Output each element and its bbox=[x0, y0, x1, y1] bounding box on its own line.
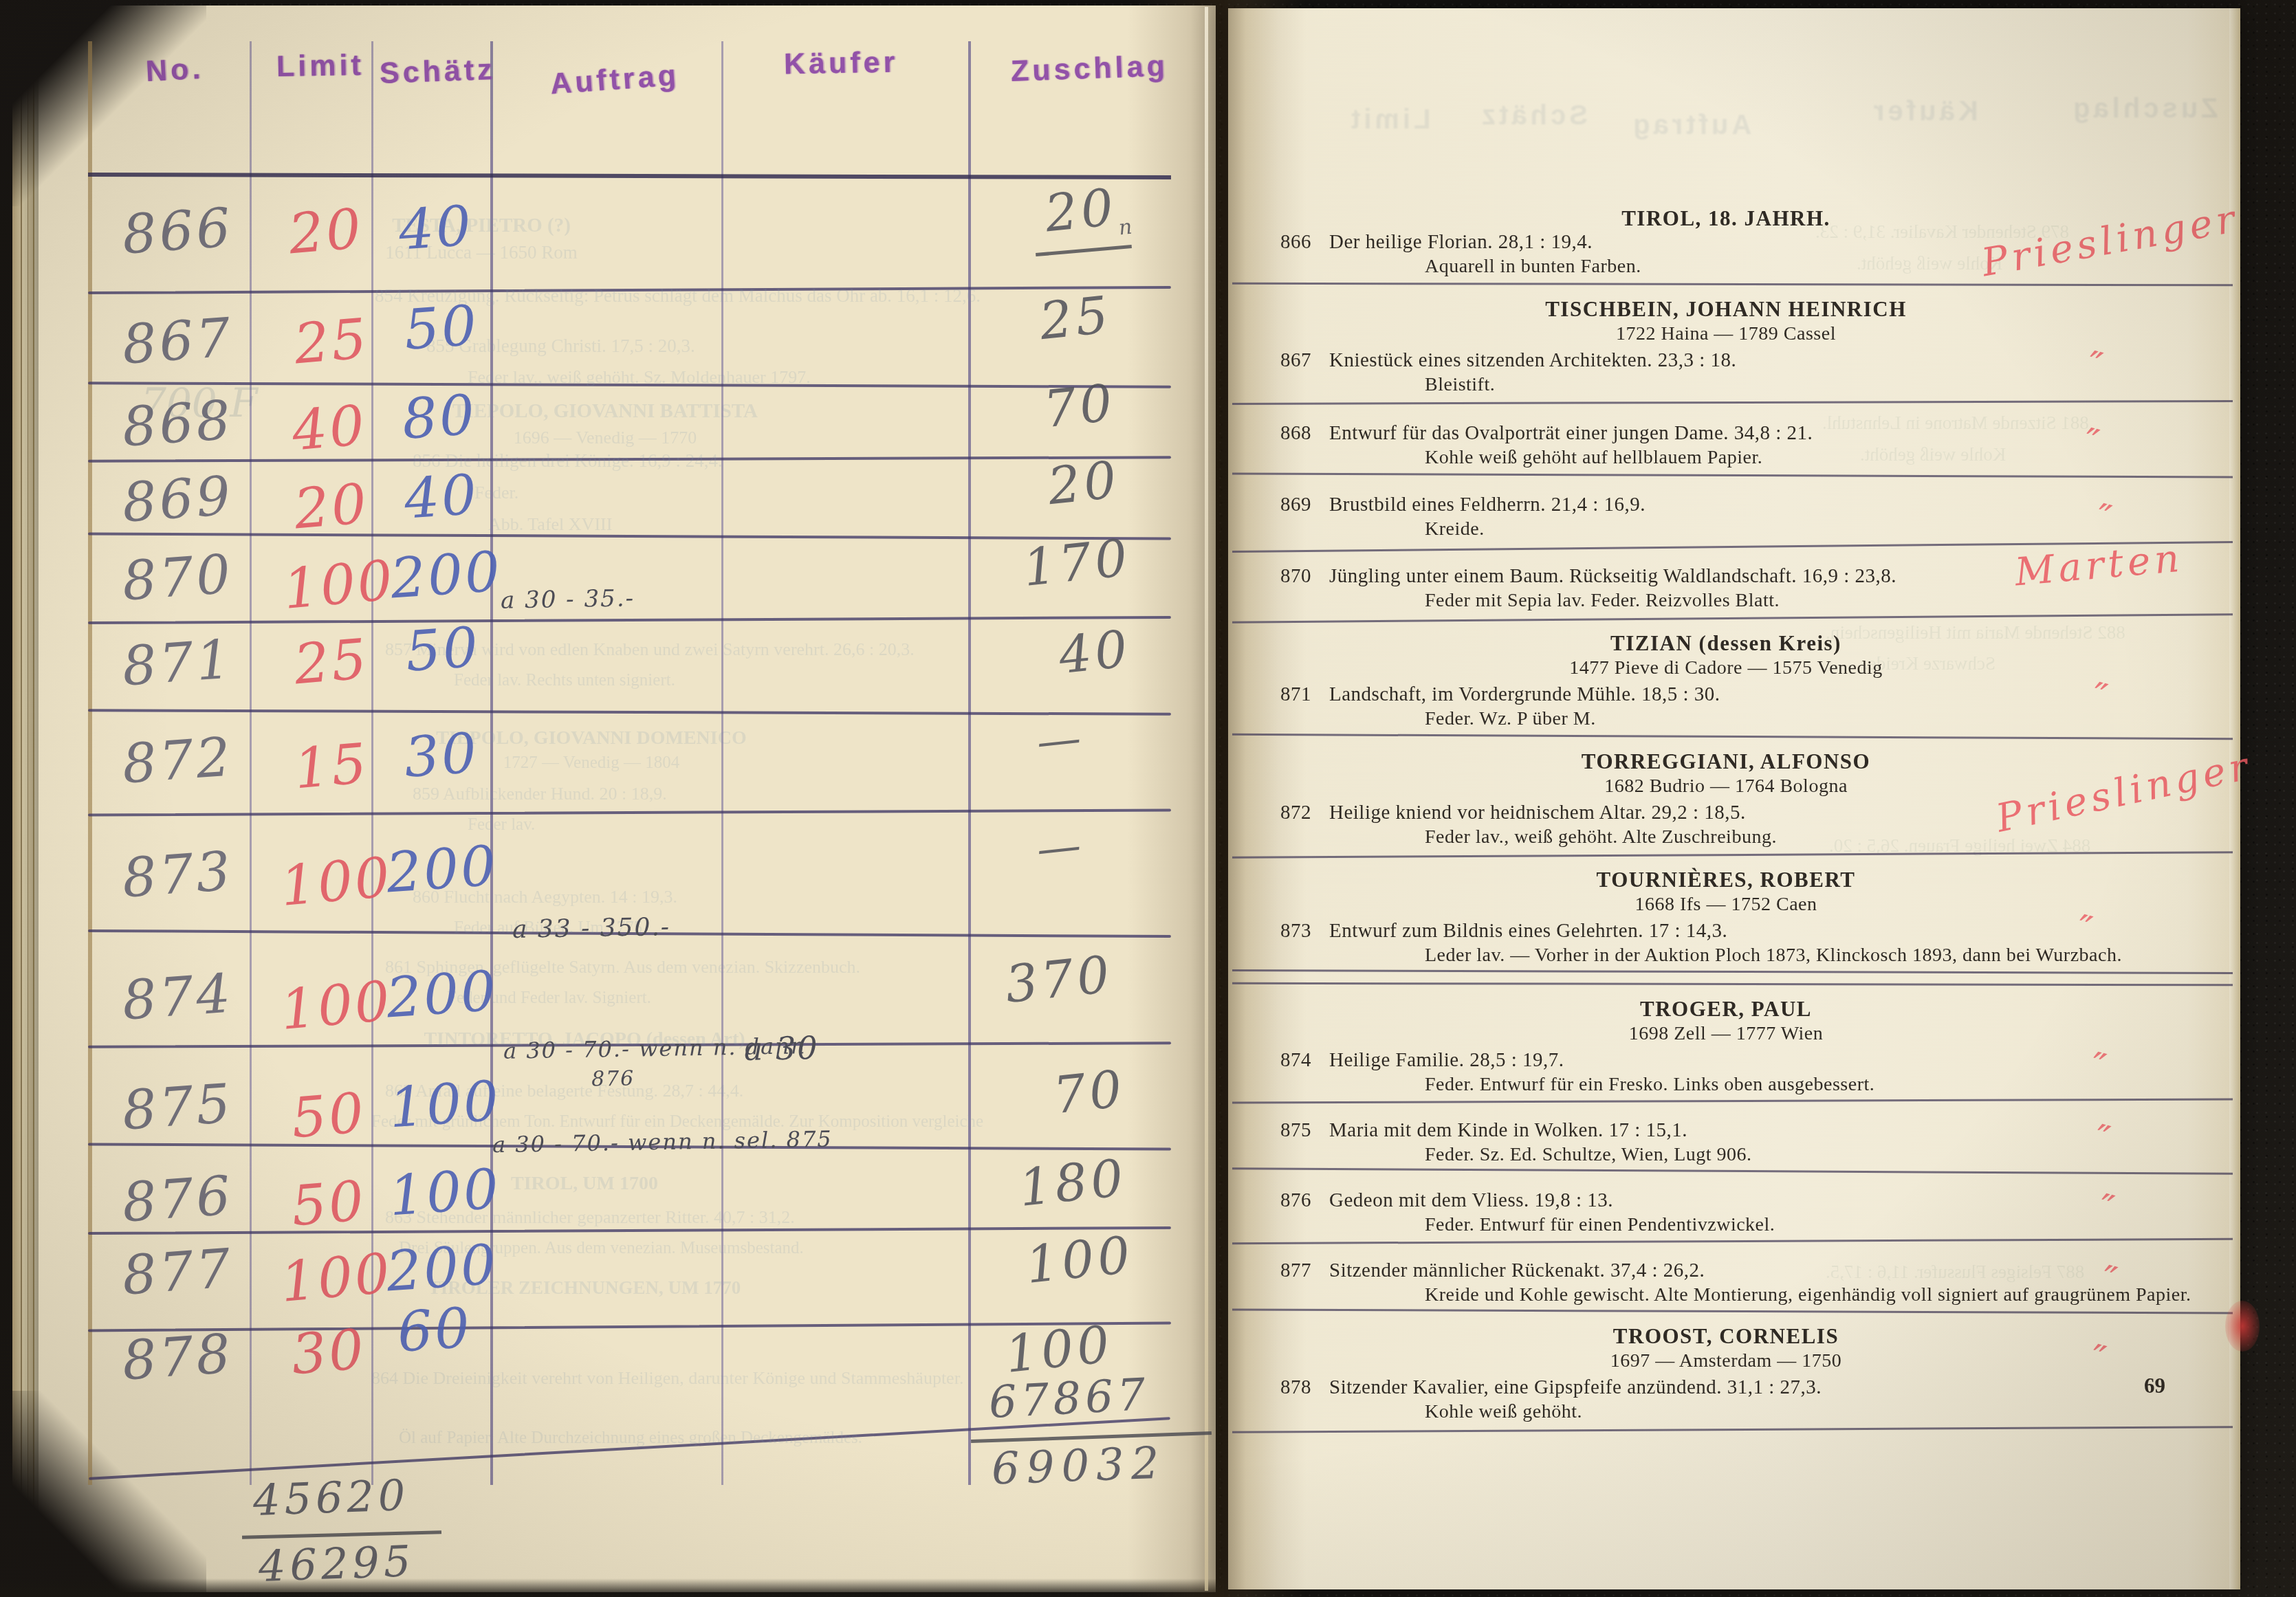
scanned-ledger-book: No.LimitSchätzAuftragKäuferZuschlagTESTA… bbox=[0, 0, 2296, 1597]
catalog-content-layer: LimitSchätzAuftragKäuferZuschlag879 Steh… bbox=[0, 0, 2296, 1597]
catalog-artist-dates: 1668 Ifs — 1752 Caen bbox=[1238, 894, 2214, 916]
red-ink-blot bbox=[2225, 1301, 2260, 1352]
catalog-rule bbox=[1232, 400, 2233, 405]
catalog-lot-line: 877Sitzender männlicher Rückenakt. 37,4 … bbox=[1280, 1259, 1705, 1282]
catalog-rule bbox=[1232, 1238, 2233, 1244]
catalog-artist-dates: 1722 Haina — 1789 Cassel bbox=[1238, 323, 2214, 345]
catalog-lot-description: Feder. Entwurf für ein Fresko. Links obe… bbox=[1425, 1074, 1874, 1096]
ghost-header-stamp: Schätz bbox=[1478, 100, 1588, 131]
red-ditto-mark: ″ bbox=[2089, 1116, 2114, 1163]
catalog-heading: TIZIAN (dessen Kreis) bbox=[1238, 631, 2214, 656]
catalog-lot-description: Leder lav. — Vorher in der Auktion Ploch… bbox=[1425, 945, 2122, 967]
catalog-lot-number: 872 bbox=[1280, 802, 1311, 824]
ghost-print-text: 887 Felsiges Flussufer. 11,6 : 17,5. bbox=[1826, 1262, 2084, 1283]
catalog-lot-number: 873 bbox=[1280, 920, 1311, 943]
catalog-lot-title: Sitzender männlicher Rückenakt. 37,4 : 2… bbox=[1329, 1259, 1705, 1282]
catalog-rule bbox=[1232, 982, 2233, 987]
catalog-lot-description: Kreide und Kohle gewischt. Alte Montieru… bbox=[1425, 1284, 2191, 1306]
catalog-lot-description: Kohle weiß gehöht. bbox=[1425, 1401, 1582, 1423]
catalog-lot-line: 871Landschaft, im Vordergrunde Mühle. 18… bbox=[1280, 683, 1720, 706]
catalog-lot-line: 868Entwurf für das Ovalporträt einer jun… bbox=[1280, 422, 1813, 445]
ghost-print-text: Kohle weiß gehöht. bbox=[1860, 444, 2006, 465]
catalog-lot-title: Der heilige Florian. 28,1 : 19,4. bbox=[1329, 231, 1593, 254]
catalog-lot-line: 870Jüngling unter einem Baum. Rückseitig… bbox=[1280, 565, 1896, 588]
catalog-lot-number: 874 bbox=[1280, 1049, 1311, 1072]
catalog-lot-title: Brustbild eines Feldherrn. 21,4 : 16,9. bbox=[1329, 494, 1646, 516]
catalog-lot-number: 870 bbox=[1280, 565, 1311, 588]
catalog-lot-line: 874Heilige Familie. 28,5 : 19,7. bbox=[1280, 1049, 1564, 1072]
catalog-lot-description: Kreide. bbox=[1425, 518, 1485, 540]
catalog-lot-title: Landschaft, im Vordergrunde Mühle. 18,5 … bbox=[1329, 683, 1720, 706]
catalog-lot-description: Aquarell in bunten Farben. bbox=[1425, 256, 1641, 278]
catalog-rule bbox=[1232, 734, 2233, 740]
catalog-lot-description: Feder. Sz. Ed. Schultze, Wien, Lugt 906. bbox=[1425, 1144, 1752, 1166]
catalog-lot-line: 867Kniestück eines sitzenden Architekten… bbox=[1280, 349, 1736, 372]
red-ditto-mark: ″ bbox=[2086, 674, 2111, 720]
catalog-lot-number: 876 bbox=[1280, 1189, 1311, 1212]
catalog-heading: TOURNIÈRES, ROBERT bbox=[1238, 868, 2214, 892]
ghost-print-text: 881 Sitzende Matrone in Lehnstuhl. bbox=[1822, 412, 2089, 434]
catalog-lot-title: Gedeon mit dem Vliess. 19,8 : 13. bbox=[1329, 1189, 1613, 1212]
catalog-rule bbox=[1232, 1426, 2233, 1433]
catalog-lot-number: 869 bbox=[1280, 494, 1311, 516]
catalog-rule bbox=[1232, 1167, 2233, 1175]
catalog-lot-line: 866Der heilige Florian. 28,1 : 19,4. bbox=[1280, 231, 1593, 254]
catalog-lot-title: Kniestück eines sitzenden Architekten. 2… bbox=[1329, 349, 1736, 372]
catalog-rule bbox=[1232, 283, 2233, 287]
catalog-lot-line: 876Gedeon mit dem Vliess. 19,8 : 13. bbox=[1280, 1189, 1613, 1212]
catalog-artist-dates: 1477 Pieve di Cadore — 1575 Venedig bbox=[1238, 657, 2214, 679]
catalog-lot-line: 873Entwurf zum Bildnis eines Gelehrten. … bbox=[1280, 920, 1727, 943]
catalog-rule bbox=[1232, 472, 2233, 478]
catalog-rule bbox=[1232, 1308, 2233, 1314]
red-ditto-mark: ″ bbox=[2081, 342, 2106, 389]
page-number: 69 bbox=[2144, 1374, 2165, 1398]
catalog-lot-title: Entwurf für das Ovalporträt einer jungen… bbox=[1329, 422, 1813, 445]
catalog-lot-line: 875Maria mit dem Kinde in Wolken. 17 : 1… bbox=[1280, 1119, 1687, 1142]
red-ditto-mark: ″ bbox=[2085, 1044, 2110, 1090]
catalog-lot-line: 872Heilige kniend vor heidnischem Altar.… bbox=[1280, 802, 1746, 824]
catalog-rule bbox=[1232, 1098, 2233, 1103]
catalog-lot-number: 868 bbox=[1280, 422, 1311, 445]
ghost-header-stamp: Zuschlag bbox=[2070, 93, 2218, 124]
catalog-lot-title: Jüngling unter einem Baum. Rückseitig Wa… bbox=[1329, 565, 1896, 588]
red-ditto-mark: ″ bbox=[2090, 495, 2115, 542]
catalog-lot-title: Maria mit dem Kinde in Wolken. 17 : 15,1… bbox=[1329, 1119, 1687, 1142]
catalog-lot-number: 878 bbox=[1280, 1376, 1311, 1399]
catalog-rule bbox=[1232, 969, 2233, 974]
catalog-lot-number: 866 bbox=[1280, 231, 1311, 254]
catalog-lot-number: 877 bbox=[1280, 1259, 1311, 1282]
catalog-lot-number: 867 bbox=[1280, 349, 1311, 372]
catalog-lot-description: Kohle weiß gehöht auf hellblauem Papier. bbox=[1425, 447, 1762, 469]
catalog-lot-description: Feder. Wz. P über M. bbox=[1425, 708, 1596, 730]
catalog-heading: TISCHBEIN, JOHANN HEINRICH bbox=[1238, 297, 2214, 322]
catalog-heading: TROGER, PAUL bbox=[1238, 997, 2214, 1022]
catalog-heading: TORREGGIANI, ALFONSO bbox=[1238, 749, 2214, 774]
ghost-header-stamp: Limit bbox=[1348, 104, 1431, 135]
red-ditto-mark: ″ bbox=[2093, 1185, 2118, 1232]
ghost-header-stamp: Käufer bbox=[1870, 96, 1978, 127]
catalog-lot-line: 878Sitzender Kavalier, eine Gipspfeife a… bbox=[1280, 1376, 1822, 1399]
catalog-lot-title: Heilige kniend vor heidnischem Altar. 29… bbox=[1329, 802, 1746, 824]
catalog-lot-number: 871 bbox=[1280, 683, 1311, 706]
ghost-header-stamp: Auftrag bbox=[1630, 110, 1751, 141]
catalog-lot-title: Sitzender Kavalier, eine Gipspfeife anzü… bbox=[1329, 1376, 1822, 1399]
catalog-lot-number: 875 bbox=[1280, 1119, 1311, 1142]
catalog-lot-title: Entwurf zum Bildnis eines Gelehrten. 17 … bbox=[1329, 920, 1727, 943]
catalog-lot-title: Heilige Familie. 28,5 : 19,7. bbox=[1329, 1049, 1564, 1072]
catalog-lot-description: Bleistift. bbox=[1425, 374, 1495, 396]
catalog-lot-description: Feder. Entwurf für einen Pendentivzwicke… bbox=[1425, 1214, 1775, 1236]
catalog-lot-description: Feder lav., weiß gehöht. Alte Zuschreibu… bbox=[1425, 826, 1777, 848]
catalog-lot-description: Feder mit Sepia lav. Feder. Reizvolles B… bbox=[1425, 590, 1780, 612]
catalog-lot-line: 869Brustbild eines Feldherrn. 21,4 : 16,… bbox=[1280, 494, 1646, 516]
catalog-artist-dates: 1697 — Amsterdam — 1750 bbox=[1238, 1350, 2214, 1372]
catalog-artist-dates: 1698 Zell — 1777 Wien bbox=[1238, 1023, 2214, 1045]
catalog-heading: TROOST, CORNELIS bbox=[1238, 1324, 2214, 1349]
